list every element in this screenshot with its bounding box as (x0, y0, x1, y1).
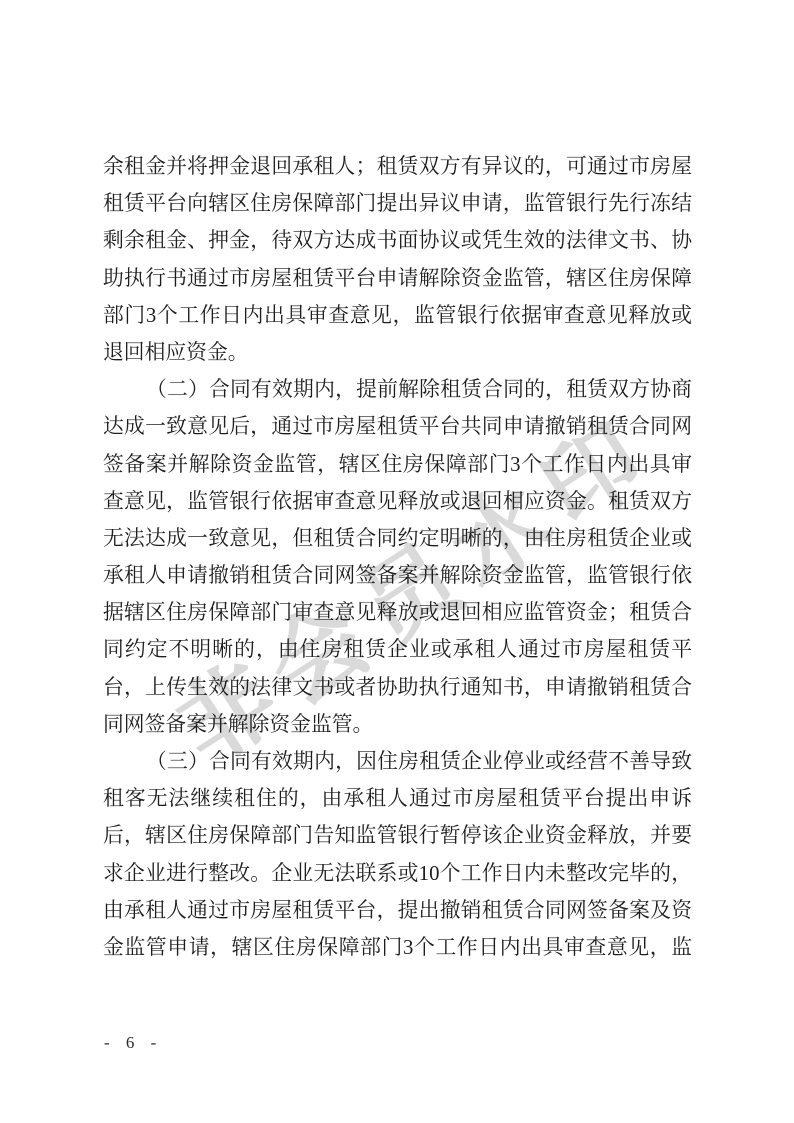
text-line: 台，上传生效的法律文书或者协助执行通知书，申请撤销租赁合 (103, 669, 692, 706)
text-line: 剩余租金、押金，待双方达成书面协议或凭生效的法律文书、协 (103, 222, 692, 259)
text-line: 据辖区住房保障部门审查意见释放或退回相应监管资金；租赁合 (103, 594, 692, 631)
text-line: 后，辖区住房保障部门告知监管银行暂停该企业资金释放，并要 (103, 817, 692, 854)
text-line: 求企业进行整改。企业无法联系或10个工作日内未整改完毕的， (103, 855, 692, 892)
text-line: 部门3个工作日内出具审查意见，监管银行依据审查意见释放或 (103, 297, 692, 334)
text-line-section-2-start: （二）合同有效期内，提前解除租赁合同的，租赁双方协商 (103, 371, 692, 408)
text-line: 金监管申请，辖区住房保障部门3个工作日内出具审查意见，监 (103, 929, 692, 966)
text-line: 无法达成一致意见，但租赁合同约定明晰的，由住房租赁企业或 (103, 520, 692, 557)
text-line: 余租金并将押金退回承租人；租赁双方有异议的，可通过市房屋 (103, 148, 692, 185)
text-line: 承租人申请撤销租赁合同网签备案并解除资金监管，监管银行依 (103, 557, 692, 594)
document-body: 余租金并将押金退回承租人；租赁双方有异议的，可通过市房屋 租赁平台向辖区住房保障… (103, 148, 692, 966)
page-number: - 6 - (104, 1033, 162, 1053)
text-line: 达成一致意见后，通过市房屋租赁平台共同申请撤销租赁合同网 (103, 408, 692, 445)
text-line: 退回相应资金。 (103, 334, 692, 371)
text-line: 租客无法继续租住的，由承租人通过市房屋租赁平台提出申诉 (103, 780, 692, 817)
text-line: 签备案并解除资金监管，辖区住房保障部门3个工作日内出具审 (103, 446, 692, 483)
text-line: 租赁平台向辖区住房保障部门提出异议申请，监管银行先行冻结 (103, 185, 692, 222)
text-line: 同约定不明晰的，由住房租赁企业或承租人通过市房屋租赁平 (103, 631, 692, 668)
text-line: 由承租人通过市房屋租赁平台，提出撤销租赁合同网签备案及资 (103, 892, 692, 929)
text-line-section-3-start: （三）合同有效期内，因住房租赁企业停业或经营不善导致 (103, 743, 692, 780)
text-line: 助执行书通过市房屋租赁平台申请解除资金监管，辖区住房保障 (103, 260, 692, 297)
text-line: 同网签备案并解除资金监管。 (103, 706, 692, 743)
text-line: 查意见，监管银行依据审查意见释放或退回相应资金。租赁双方 (103, 483, 692, 520)
document-page: 非会员水印 余租金并将押金退回承租人；租赁双方有异议的，可通过市房屋 租赁平台向… (0, 0, 794, 1123)
